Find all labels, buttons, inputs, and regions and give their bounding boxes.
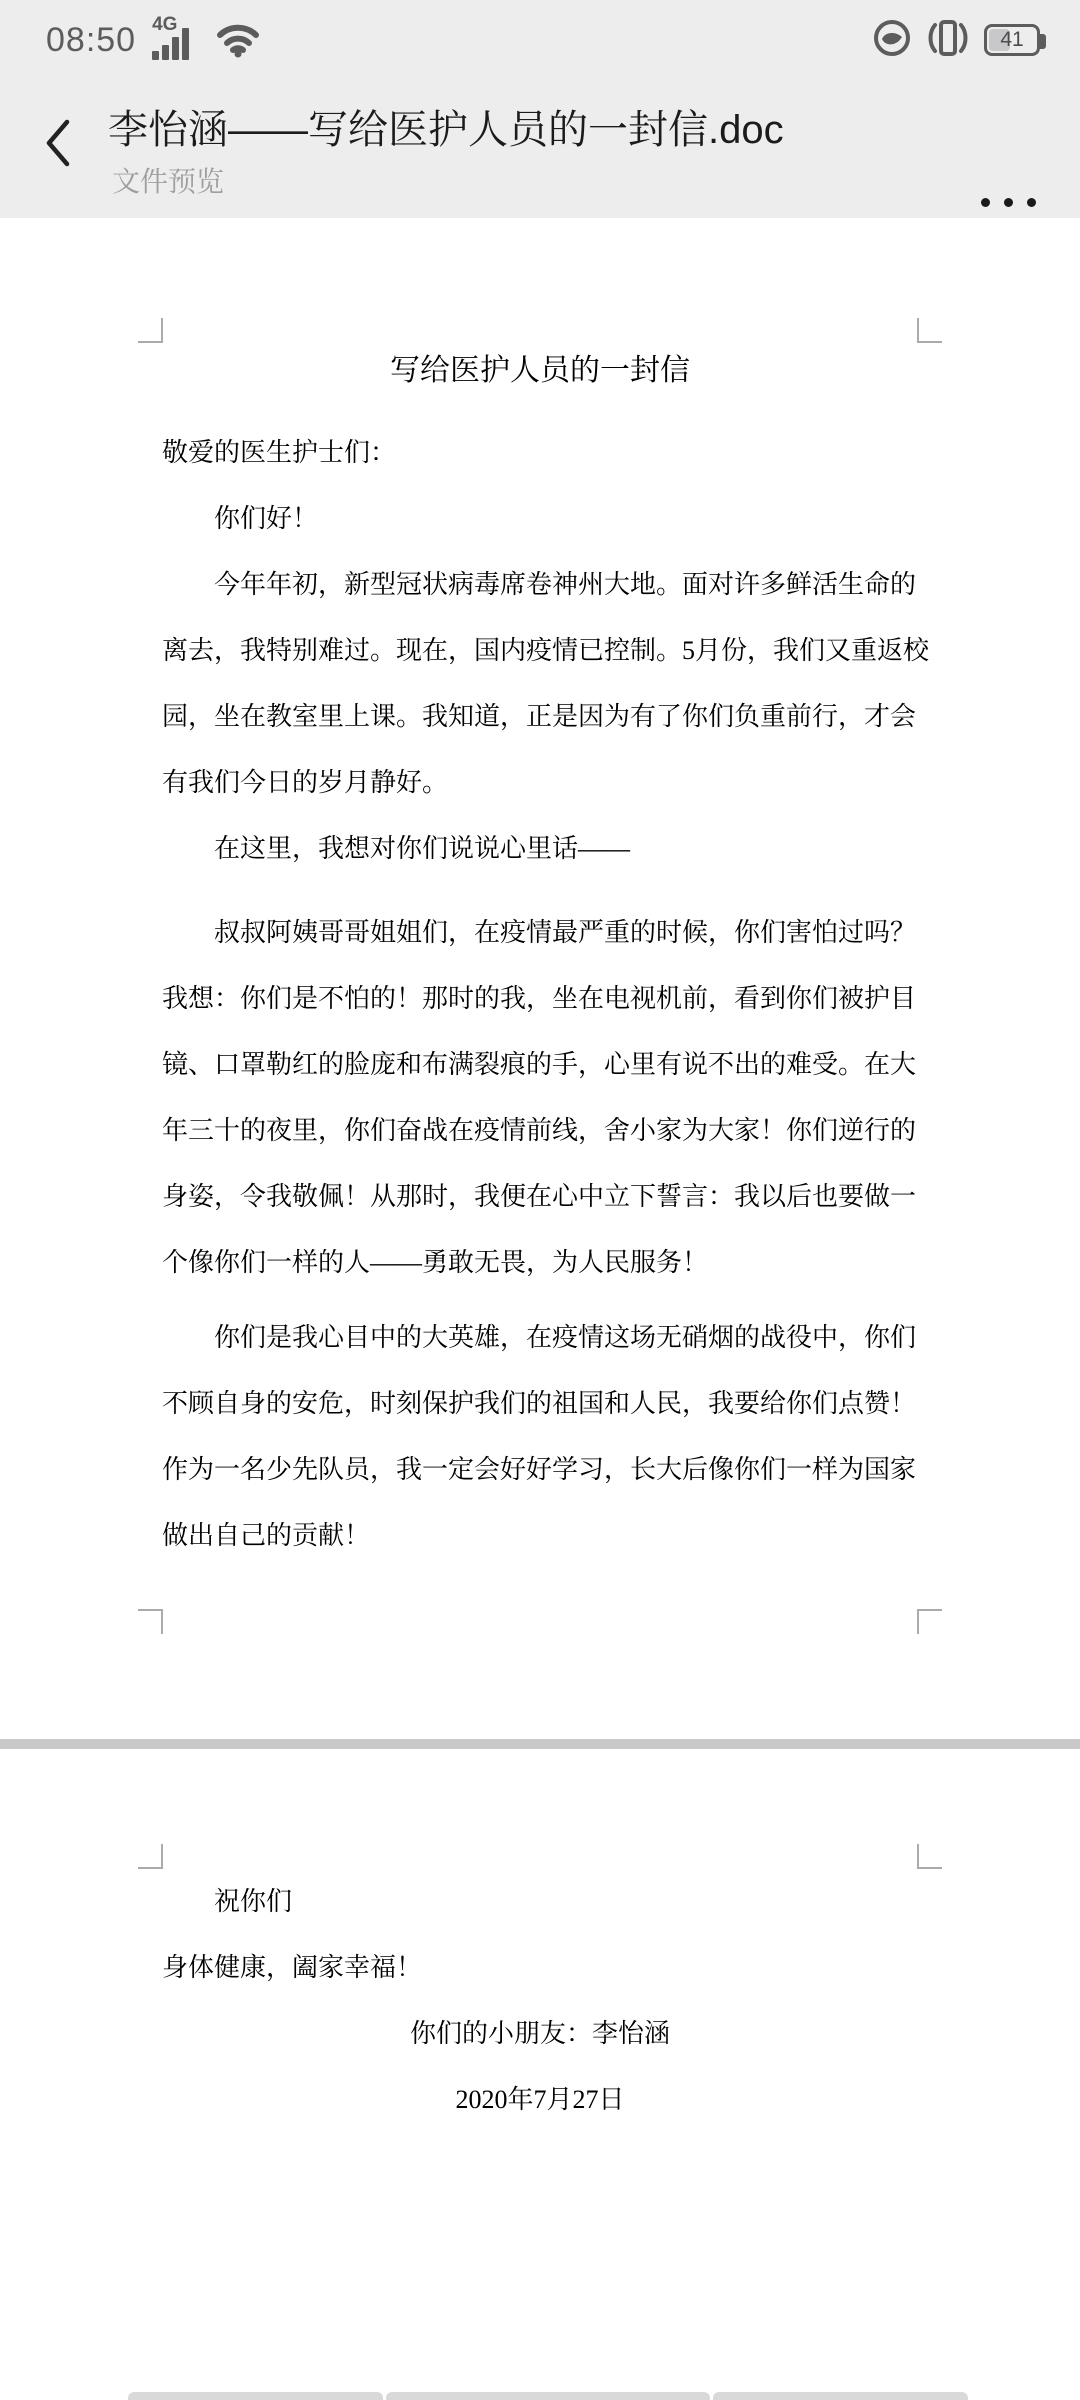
more-options-button[interactable] <box>981 198 1036 207</box>
document-line: 你们是我心目中的大英雄，在疫情这场无硝烟的战役中，你们 <box>162 1305 918 1371</box>
file-title: 李怡涵——写给医护人员的一封信.doc <box>108 98 968 155</box>
phone-screen: 08:50 4G <box>0 0 1080 2400</box>
toolbar-button-1[interactable] <box>128 2392 383 2400</box>
letter-page-1: 写给医护人员的一封信敬爱的医生护士们：你们好！今年年初，新型冠状病毒席卷神州大地… <box>162 335 918 1569</box>
page-break-separator <box>0 1739 1080 1749</box>
top-chrome: 08:50 4G <box>0 0 1080 218</box>
more-options-icon <box>981 198 990 207</box>
page1-corner-top-right <box>917 318 942 343</box>
clock: 08:50 <box>46 21 136 60</box>
document-line: 身姿，令我敬佩！从那时，我便在心中立下誓言：我以后也要做一 <box>162 1164 918 1230</box>
back-button[interactable] <box>36 108 80 182</box>
document-line: 你们的小朋友：李怡涵 <box>162 2001 918 2067</box>
document-line: 个像你们一样的人——勇敢无畏，为人民服务！ <box>162 1230 918 1296</box>
document-line: 2020年7月27日 <box>162 2067 918 2133</box>
page2-corner-top-right <box>917 1844 942 1869</box>
status-right-icons: 41 <box>872 17 1040 64</box>
document-line: 不顾自身的安危，时刻保护我们的祖国和人民，我要给你们点赞！ <box>162 1371 918 1437</box>
document-line: 今年年初，新型冠状病毒席卷神州大地。面对许多鲜活生命的 <box>162 552 918 618</box>
wifi-icon <box>216 22 260 63</box>
file-preview-header: 李怡涵——写给医护人员的一封信.doc 文件预览 <box>0 80 1080 218</box>
document-line: 身体健康，阖家幸福！ <box>162 1935 918 2001</box>
page1-corner-bottom-right <box>917 1609 942 1634</box>
vibrate-icon <box>924 17 972 64</box>
document-line: 我想：你们是不怕的！那时的我，坐在电视机前，看到你们被护目 <box>162 966 918 1032</box>
document-line: 年三十的夜里，你们奋战在疫情前线，舍小家为大家！你们逆行的 <box>162 1098 918 1164</box>
document-line: 有我们今日的岁月静好。 <box>162 750 918 816</box>
bottom-toolbar-edge <box>0 2392 1080 2400</box>
document-line: 离去，我特别难过。现在，国内疫情已控制。5月份，我们又重返校 <box>162 618 918 684</box>
chevron-left-icon <box>44 117 72 174</box>
document-line: 祝你们 <box>162 1869 918 1935</box>
network-type-label: 4G <box>152 14 177 36</box>
eye-comfort-icon <box>872 18 912 63</box>
battery-icon: 41 <box>984 24 1040 56</box>
signal-bars-icon: 4G <box>152 16 204 64</box>
page1-corner-top-left <box>138 318 163 343</box>
document-line: 园，坐在教室里上课。我知道，正是因为有了你们负重前行，才会 <box>162 684 918 750</box>
page1-corner-bottom-left <box>138 1609 163 1634</box>
document-line: 敬爱的医生护士们： <box>162 420 918 486</box>
battery-percent: 41 <box>987 27 1037 53</box>
document-line: 叔叔阿姨哥哥姐姐们，在疫情最严重的时候，你们害怕过吗？ <box>162 900 918 966</box>
document-line: 作为一名少先队员，我一定会好好学习，长大后像你们一样为国家 <box>162 1437 918 1503</box>
file-preview-label: 文件预览 <box>112 160 224 200</box>
document-title: 写给医护人员的一封信 <box>162 335 918 407</box>
document-line: 你们好！ <box>162 486 918 552</box>
status-bar: 08:50 4G <box>0 0 1080 80</box>
letter-page-2: 祝你们身体健康，阖家幸福！你们的小朋友：李怡涵2020年7月27日 <box>162 1869 918 2133</box>
document-line: 做出自己的贡献！ <box>162 1503 918 1569</box>
document-line: 在这里，我想对你们说说心里话—— <box>162 816 918 882</box>
toolbar-button-2[interactable] <box>386 2392 710 2400</box>
document-line: 镜、口罩勒红的脸庞和布满裂痕的手，心里有说不出的难受。在大 <box>162 1032 918 1098</box>
toolbar-button-3[interactable] <box>713 2392 968 2400</box>
page2-corner-top-left <box>138 1844 163 1869</box>
